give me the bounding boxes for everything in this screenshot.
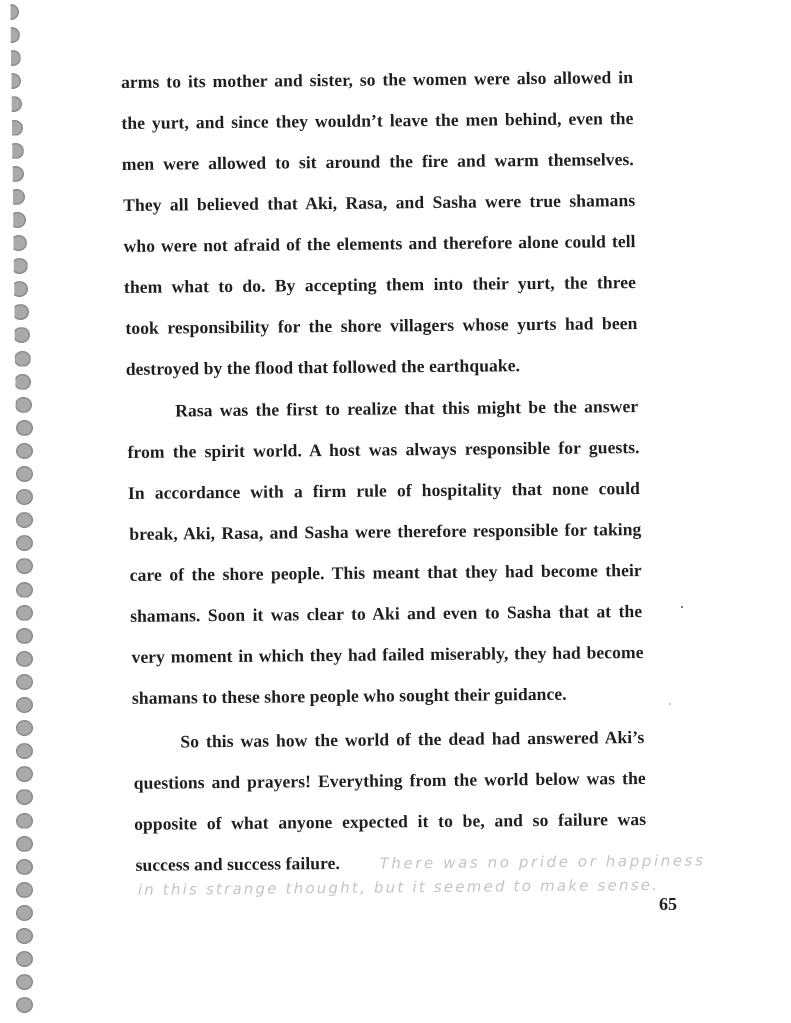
- text-line: shamans to these shore people who sought…: [132, 684, 567, 709]
- text-line: opposite of what anyone expected it to b…: [134, 809, 646, 835]
- text-line: In accordance with a firm rule of hospit…: [128, 478, 640, 504]
- text-line: them what to do. By accepting them into …: [124, 272, 636, 298]
- handwritten-note-line-2: in this strange thought, but it seemed t…: [138, 876, 660, 899]
- text-line: very moment in which they had failed mis…: [131, 642, 643, 668]
- manuscript-page: arms to its mother and sister, so the wo…: [0, 0, 791, 1023]
- page-text: arms to its mother and sister, so the wo…: [0, 0, 791, 1023]
- text-line: arms to its mother and sister, so the wo…: [121, 67, 633, 93]
- text-line: destroyed by the flood that followed the…: [126, 355, 520, 380]
- text-line: They all believed that Aki, Rasa, and Sa…: [123, 190, 635, 216]
- text-line: shamans. Soon it was clear to Aki and ev…: [130, 601, 642, 627]
- text-line: men were allowed to sit around the fire …: [122, 149, 634, 175]
- text-line: Rasa was the first to realize that this …: [175, 396, 638, 421]
- text-line: So this was how the world of the dead ha…: [180, 727, 644, 752]
- page-number: 65: [659, 894, 677, 915]
- text-line: the yurt, and since they wouldn’t leave …: [121, 108, 633, 134]
- scan-speck: [681, 606, 683, 608]
- scan-speck: [669, 703, 671, 705]
- handwritten-note-line-1: There was no pride or happiness: [379, 851, 705, 872]
- text-line: break, Aki, Rasa, and Sasha were therefo…: [129, 519, 641, 545]
- text-line: from the spirit world. A host was always…: [127, 437, 639, 463]
- text-line: took responsibility for the shore villag…: [125, 313, 637, 339]
- text-line: care of the shore people. This meant tha…: [130, 560, 642, 586]
- text-line: questions and prayers! Everything from t…: [134, 768, 646, 794]
- text-line: success and success failure.: [135, 853, 340, 876]
- text-line: who were not afraid of the elements and …: [123, 231, 635, 257]
